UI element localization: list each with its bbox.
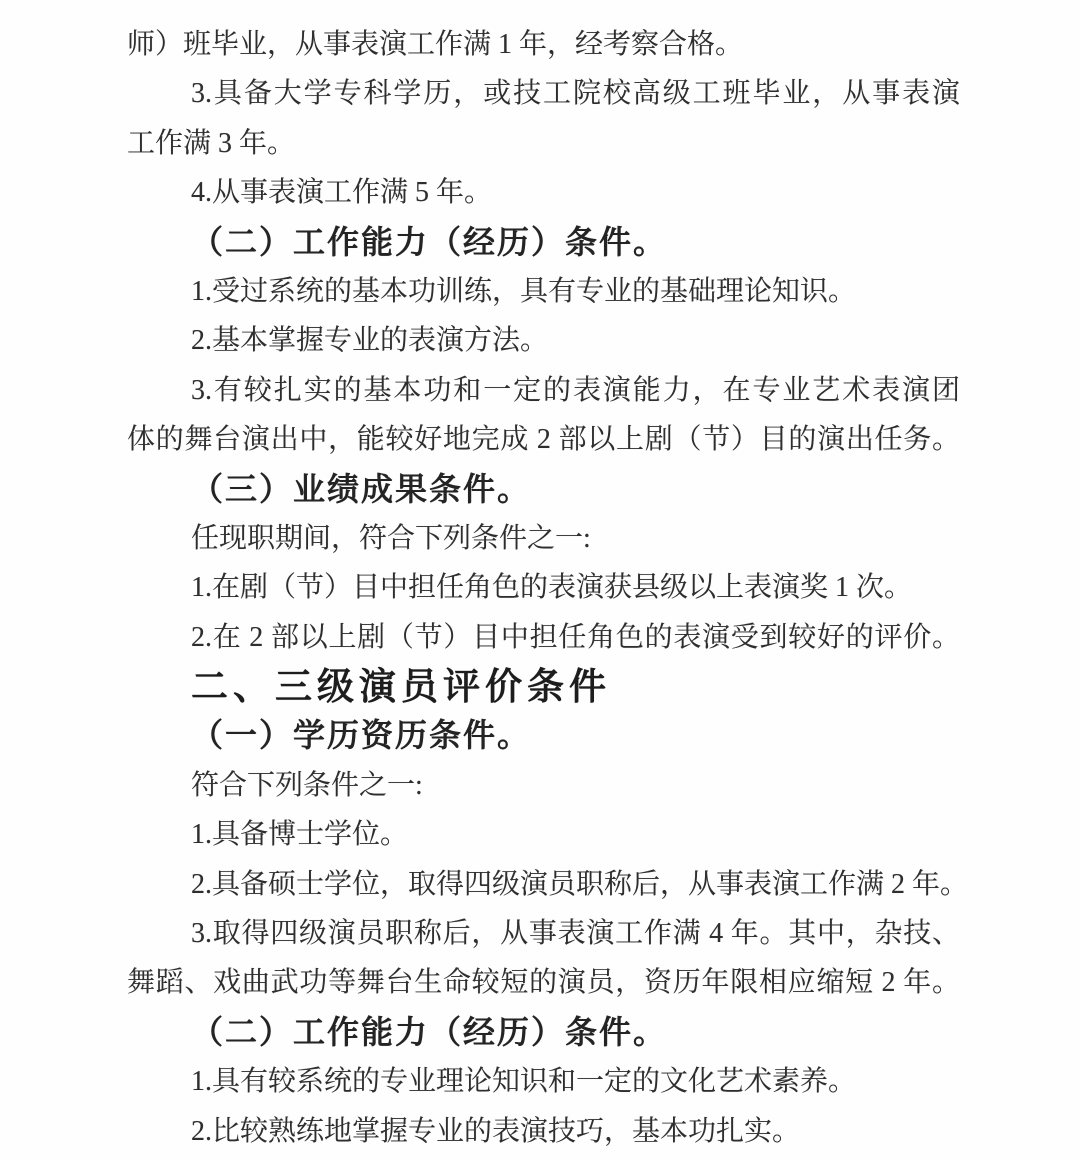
section-heading: （一）学历资历条件。 [127, 711, 960, 760]
paragraph-line: 师）班毕业，从事表演工作满 1 年，经考察合格。 [127, 20, 960, 69]
paragraph-line: 1.具备博士学位。 [127, 810, 960, 859]
document-page: 师）班毕业，从事表演工作满 1 年，经考察合格。3.具备大学专科学历，或技工院校… [0, 0, 1080, 1160]
paragraph-line: 3.有较扎实的基本功和一定的表演能力，在专业艺术表演团 [127, 366, 960, 415]
chapter-heading: 二、三级演员评价条件 [127, 662, 960, 711]
paragraph-line: 4.从事表演工作满 5 年。 [127, 168, 960, 217]
paragraph-line: 2.基本掌握专业的表演方法。 [127, 316, 960, 365]
paragraph-line: 体的舞台演出中，能较好地完成 2 部以上剧（节）目的演出任务。 [127, 415, 960, 464]
paragraph-line: 1.具有较系统的专业理论知识和一定的文化艺术素养。 [127, 1057, 960, 1106]
paragraph-line: 2.在 2 部以上剧（节）目中担任角色的表演受到较好的评价。 [127, 613, 960, 662]
paragraph-line: 工作满 3 年。 [127, 119, 960, 168]
paragraph-line: 2.比较熟练地掌握专业的表演技巧，基本功扎实。 [127, 1107, 960, 1156]
paragraph-line: 3.取得四级演员职称后，从事表演工作满 4 年。其中，杂技、 [127, 909, 960, 958]
section-heading: （三）业绩成果条件。 [127, 465, 960, 514]
document-text-block: 师）班毕业，从事表演工作满 1 年，经考察合格。3.具备大学专科学历，或技工院校… [127, 20, 960, 1156]
paragraph-line: 任现职期间，符合下列条件之一: [127, 514, 960, 563]
paragraph-line: 符合下列条件之一: [127, 761, 960, 810]
paragraph-line: 1.在剧（节）目中担任角色的表演获县级以上表演奖 1 次。 [127, 563, 960, 612]
section-heading: （二）工作能力（经历）条件。 [127, 1008, 960, 1057]
paragraph-line: 3.具备大学专科学历，或技工院校高级工班毕业，从事表演 [127, 69, 960, 118]
paragraph-line: 舞蹈、戏曲武功等舞台生命较短的演员，资历年限相应缩短 2 年。 [127, 958, 960, 1007]
paragraph-line: 2.具备硕士学位，取得四级演员职称后，从事表演工作满 2 年。 [127, 860, 960, 909]
paragraph-line: 1.受过系统的基本功训练，具有专业的基础理论知识。 [127, 267, 960, 316]
section-heading: （二）工作能力（经历）条件。 [127, 218, 960, 267]
